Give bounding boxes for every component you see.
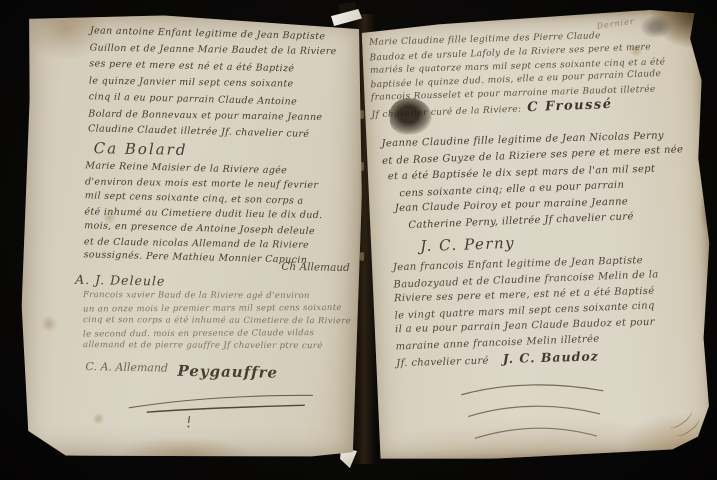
- signature-c-allemand: C. A. Allemand: [85, 360, 168, 375]
- baptism-entry-jean-francois: Jean francois Enfant legitime de Jean Ba…: [393, 252, 662, 372]
- baptism-entry-jean-antoine: Jean antoine Enfant legitime de Jean Bap…: [88, 24, 337, 144]
- ink-mark-icon: [186, 413, 192, 432]
- manuscript-line: cinq et son corps a été inhumé au Cimeti…: [83, 314, 351, 328]
- burial-entry-marie-reine: Marie Reine Maisier de la Riviere agée d…: [83, 160, 323, 269]
- binding-stitch: [360, 110, 364, 119]
- signature-perny: J. C. Perny: [420, 234, 516, 255]
- manuscript-scan: Jean antoine Enfant legitime de Jean Bap…: [0, 0, 717, 480]
- signature-frousse: C Froussé: [527, 97, 613, 115]
- signature-allemaud-witness: Ch Allemaud: [281, 261, 350, 274]
- binding-stitch: [360, 252, 364, 261]
- right-page: Dernier Marie Claudine fille legitime de…: [358, 8, 717, 464]
- baptism-entry-jeanne-claudine: Jeanne Claudine fille legitime de Jean N…: [381, 127, 686, 235]
- ink-blot: [389, 98, 432, 135]
- signature-baudoz: J. C. Baudoz: [503, 348, 599, 366]
- burial-entry-francois-xavier: Francois xavier Baud de la Riviere agé d…: [83, 289, 351, 352]
- entry-closing: Jf. chavelier curé: [396, 355, 489, 369]
- signature-peygauffre: Peygauffre: [177, 362, 278, 382]
- signature-bolard: Ca Bolard: [94, 139, 188, 159]
- manuscript-line: Francois xavier Baud de la Riviere agé d…: [83, 289, 351, 303]
- flourish-icon: [455, 376, 609, 455]
- signature-deleule: A. J. Deleule: [75, 272, 166, 289]
- manuscript-line: allemand et de pierre gauffre Jf chaveli…: [83, 339, 351, 353]
- flourish-icon: [124, 387, 317, 423]
- left-page: Jean antoine Enfant legitime de Jean Bap…: [16, 10, 367, 464]
